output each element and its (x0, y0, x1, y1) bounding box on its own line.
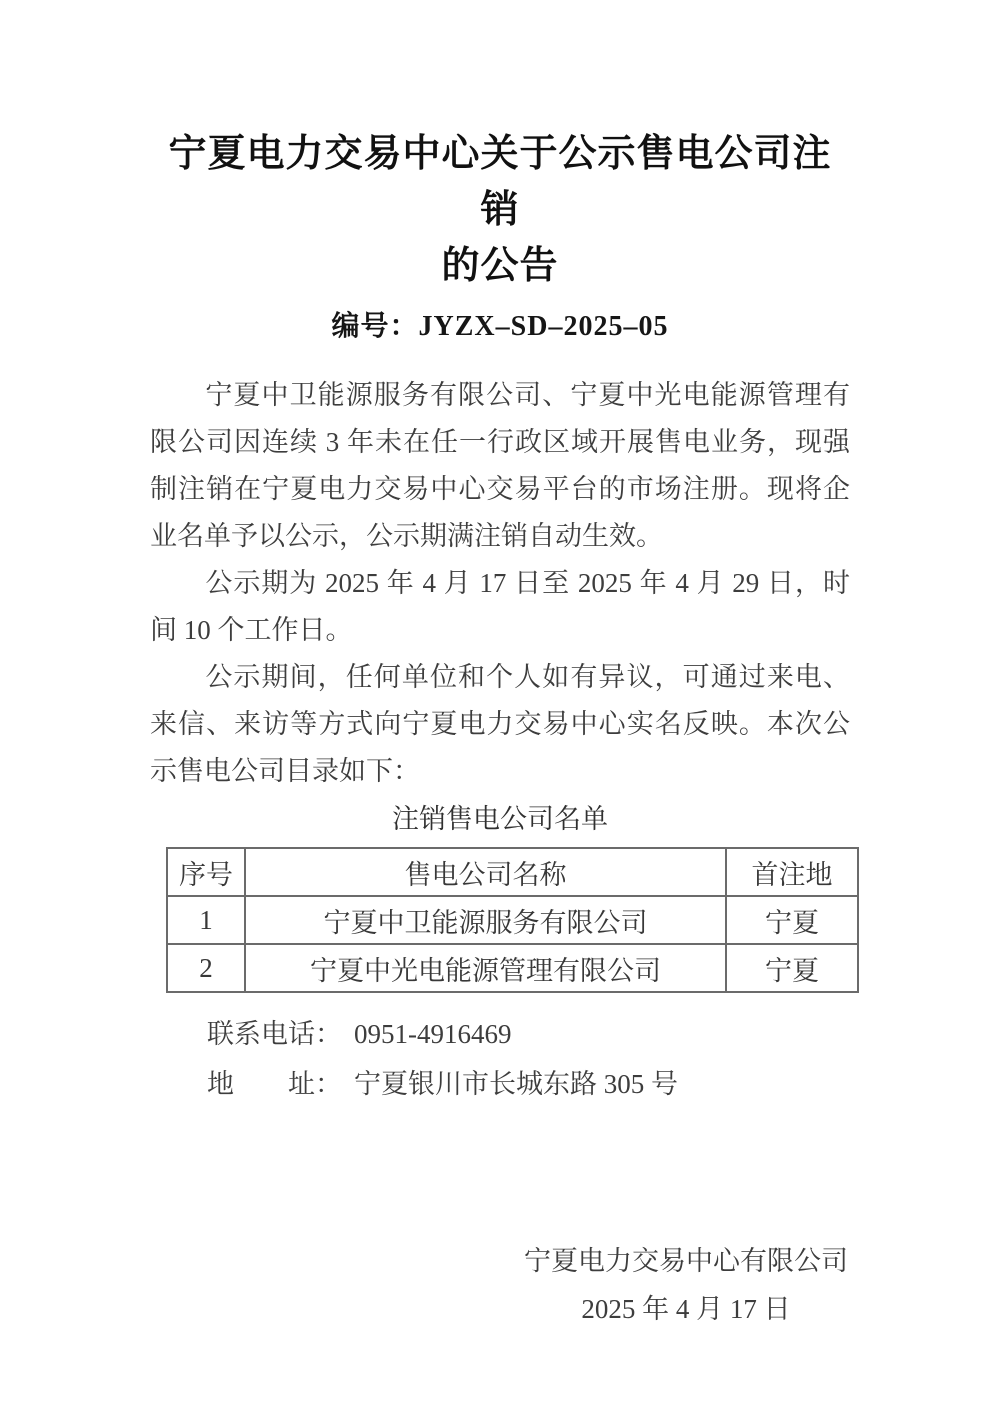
contact-phone-value: 0951-4916469 (354, 1019, 512, 1049)
paragraph-1: 宁夏中卫能源服务有限公司、宁夏中光电能源管理有限公司因连续 3 年未在任一行政区… (150, 372, 850, 560)
contact-address-line: 地 址：宁夏银川市长城东路 305 号 (207, 1059, 850, 1109)
cancelled-companies-table: 序号 售电公司名称 首注地 1 宁夏中卫能源服务有限公司 宁夏 2 宁夏中光电能… (166, 847, 859, 993)
page-title-line1: 宁夏电力交易中心关于公示售电公司注销 (150, 126, 850, 238)
table-header-registration-place: 首注地 (726, 848, 858, 896)
page-title: 宁夏电力交易中心关于公示售电公司注销 的公告 (150, 126, 850, 294)
paragraph-3: 公示期间，任何单位和个人如有异议，可通过来电、来信、来访等方式向宁夏电力交易中心… (150, 654, 850, 795)
table-header-row: 序号 售电公司名称 首注地 (167, 848, 858, 896)
row-1-company-name: 宁夏中卫能源服务有限公司 (245, 896, 726, 944)
contact-phone-line: 联系电话：0951-4916469 (207, 1009, 850, 1059)
table-header-no: 序号 (167, 848, 245, 896)
row-2-registration-place: 宁夏 (726, 944, 858, 992)
signature-block: 宁夏电力交易中心有限公司 2025 年 4 月 17 日 (524, 1237, 848, 1333)
page-content: 宁夏电力交易中心关于公示售电公司注销 的公告 编号：JYZX–SD–2025–0… (150, 126, 850, 1333)
row-2-company-name: 宁夏中光电能源管理有限公司 (245, 944, 726, 992)
contact-address-label: 地 址： (207, 1069, 342, 1099)
row-2-no: 2 (167, 944, 245, 992)
table-header-company-name: 售电公司名称 (245, 848, 726, 896)
table-title: 注销售电公司名单 (150, 801, 850, 837)
contact-address-value: 宁夏银川市长城东路 305 号 (354, 1069, 678, 1099)
page-title-line2: 的公告 (150, 238, 850, 294)
signature-date: 2025 年 4 月 17 日 (524, 1285, 848, 1333)
announcement-page: 宁夏电力交易中心关于公示售电公司注销 的公告 编号：JYZX–SD–2025–0… (0, 0, 1000, 1414)
doc-number: 编号：JYZX–SD–2025–05 (150, 310, 850, 344)
contact-phone-label: 联系电话： (207, 1019, 342, 1049)
signature-company: 宁夏电力交易中心有限公司 (524, 1237, 848, 1285)
body-text: 宁夏中卫能源服务有限公司、宁夏中光电能源管理有限公司因连续 3 年未在任一行政区… (150, 372, 850, 795)
paragraph-2: 公示期为 2025 年 4 月 17 日至 2025 年 4 月 29 日，时间… (150, 560, 850, 654)
row-1-registration-place: 宁夏 (726, 896, 858, 944)
contact-info: 联系电话：0951-4916469 地 址：宁夏银川市长城东路 305 号 (207, 1009, 850, 1109)
table-row: 2 宁夏中光电能源管理有限公司 宁夏 (167, 944, 858, 992)
row-1-no: 1 (167, 896, 245, 944)
table-row: 1 宁夏中卫能源服务有限公司 宁夏 (167, 896, 858, 944)
